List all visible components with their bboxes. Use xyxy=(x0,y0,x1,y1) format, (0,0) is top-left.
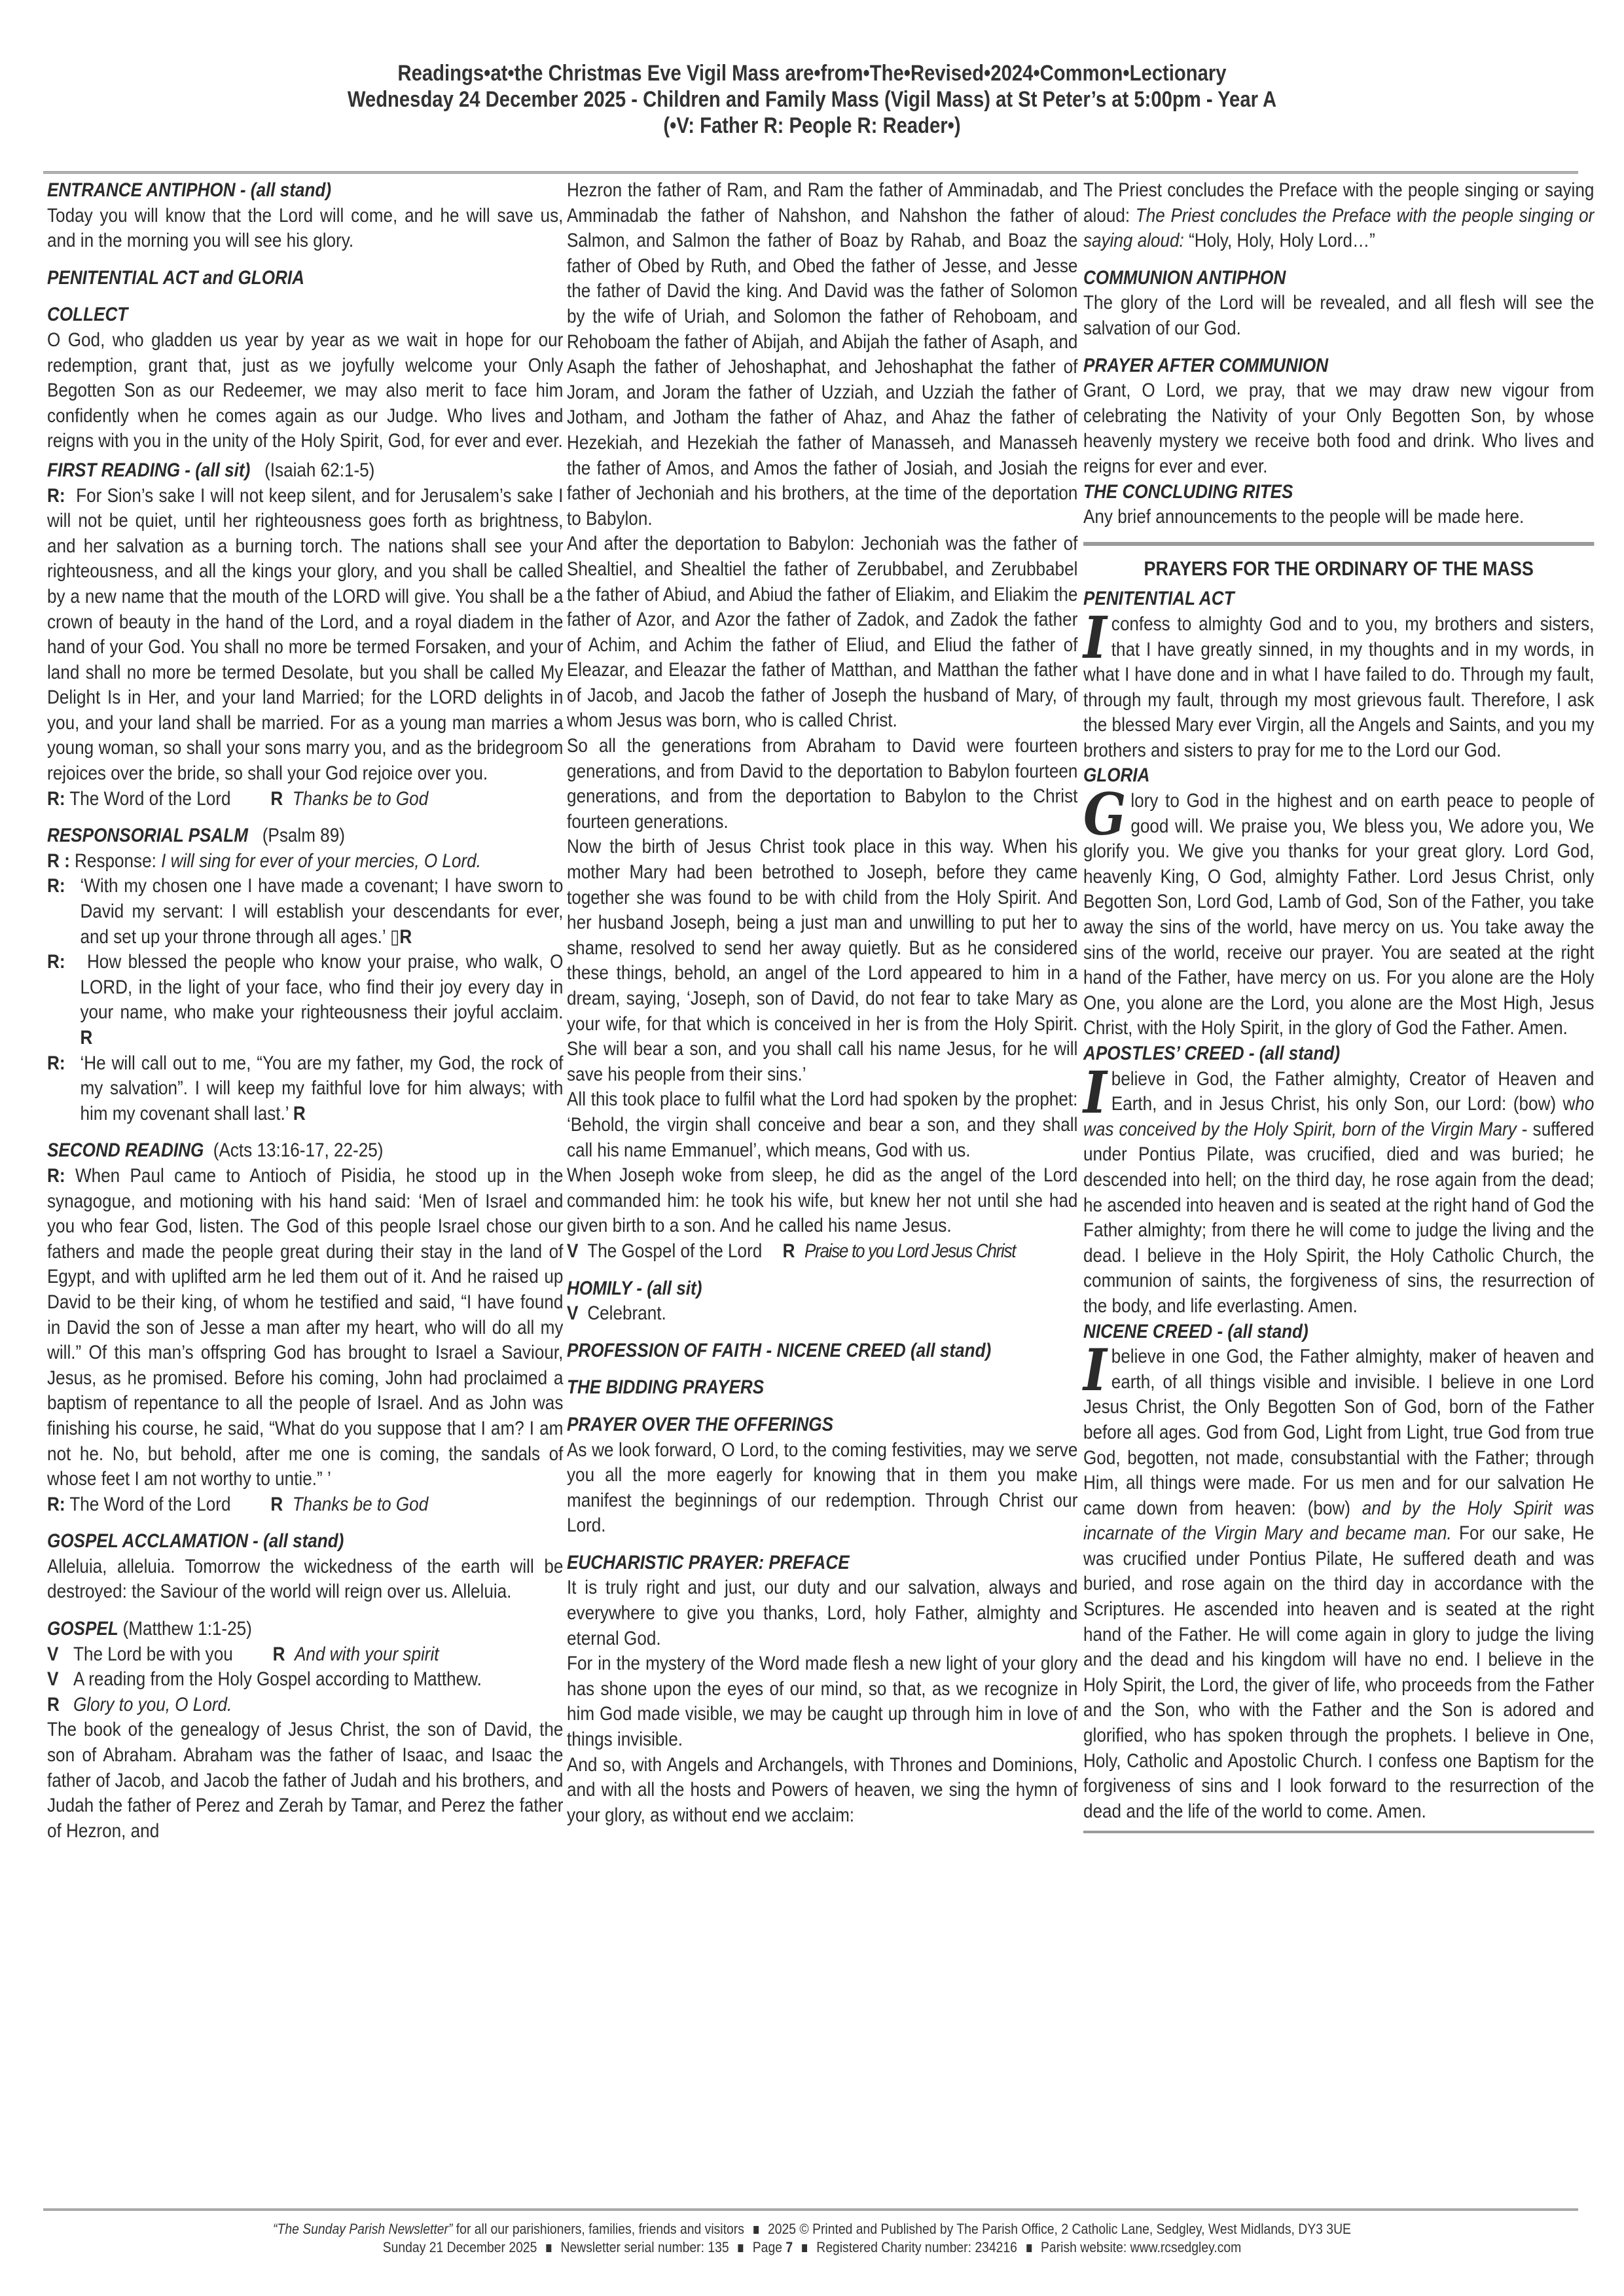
offerings-heading: PRAYER OVER THE OFFERINGS xyxy=(567,1412,1077,1438)
footer-line-1: “The Sunday Parish Newsletter” for all o… xyxy=(98,2220,1526,2238)
gospel-text-start: The book of the genealogy of Jesus Chris… xyxy=(47,1717,563,1844)
bullet-square-icon xyxy=(753,2226,759,2234)
gospel-close: VThe Gospel of the LordR Praise to you L… xyxy=(567,1239,1077,1265)
gospel-heading: GOSPEL (Matthew 1:1-25) xyxy=(47,1617,563,1642)
apostles-creed-text: Ibelieve in God, the Father almighty, Cr… xyxy=(1083,1067,1594,1319)
header-lectionary-line: Readings•at•the Christmas Eve Vigil Mass… xyxy=(114,60,1511,86)
psalm-heading: RESPONSORIAL PSALM (Psalm 89) xyxy=(47,823,563,849)
newsletter-title: “The Sunday Parish Newsletter” xyxy=(273,2221,452,2237)
concluding-rites-text: Any brief announcements to the people wi… xyxy=(1083,505,1594,530)
ordinary-divider xyxy=(1083,542,1594,546)
first-reading-ref: (Isaiah 62:1-5) xyxy=(264,459,374,481)
header-mass-date-line: Wednesday 24 December 2025 - Children an… xyxy=(114,86,1511,113)
bidding-prayers-heading: THE BIDDING PRAYERS xyxy=(567,1375,1077,1401)
header-legend-line: (•V: Father R: People R: Reader•) xyxy=(114,113,1511,139)
collect-text: O God, who gladden us year by year as we… xyxy=(47,328,563,454)
preface-paragraph: It is truly right and just, our duty and… xyxy=(567,1575,1077,1651)
gospel-paragraph: When Joseph woke from sleep, he did as t… xyxy=(567,1163,1077,1239)
first-reading-close: R: The Word of the LordR Thanks be to Go… xyxy=(47,787,563,812)
gospel-paragraph: Hezron the father of Ram, and Ram the fa… xyxy=(567,178,1077,531)
gospel-acclamation-heading: GOSPEL ACCLAMATION - (all stand) xyxy=(47,1529,563,1554)
psalm-ref: (Psalm 89) xyxy=(262,825,345,846)
preface-paragraph: And so, with Angels and Archangels, with… xyxy=(567,1753,1077,1829)
serial-number: Newsletter serial number: 135 xyxy=(561,2239,729,2255)
after-communion-text: Grant, O Lord, we pray, that we may draw… xyxy=(1083,378,1594,479)
entrance-antiphon-heading: ENTRANCE ANTIPHON - (all stand) xyxy=(47,178,563,204)
preface-paragraph: For in the mystery of the Word made fles… xyxy=(567,1651,1077,1752)
parish-website-link[interactable]: Parish website: www.rcsedgley.com xyxy=(1041,2239,1241,2255)
concluding-rites-heading: THE CONCLUDING RITES xyxy=(1083,480,1594,505)
first-reading-text: R: For Sion’s sake I will not keep silen… xyxy=(47,484,563,787)
homily-celebrant: VCelebrant. xyxy=(567,1301,1077,1327)
gospel-dialogue-1: VThe Lord be with youR And with your spi… xyxy=(47,1642,563,1668)
bullet-square-icon xyxy=(802,2244,807,2252)
middle-column: Hezron the father of Ram, and Ram the fa… xyxy=(567,178,1077,1828)
first-reading-heading: FIRST READING - (all sit) (Isaiah 62:1-5… xyxy=(47,458,563,484)
confiteor-text: Iconfess to almighty God and to you, my … xyxy=(1083,612,1594,764)
page-number: Page 7 xyxy=(753,2239,793,2255)
penitential-gloria-heading: PENITENTIAL ACT and GLORIA xyxy=(47,266,563,291)
communion-antiphon-text: The glory of the Lord will be revealed, … xyxy=(1083,291,1594,341)
collect-heading: COLLECT xyxy=(47,302,563,328)
gospel-dialogue-2: VA reading from the Holy Gospel accordin… xyxy=(47,1667,563,1693)
nicene-creed-text: Ibelieve in one God, the Father almighty… xyxy=(1083,1344,1594,1824)
ordinary-title: PRAYERS FOR THE ORDINARY OF THE MASS xyxy=(1083,556,1594,582)
penitential-act-heading: PENITENTIAL ACT xyxy=(1083,586,1594,612)
gospel-dialogue-3: RGlory to you, O Lord. xyxy=(47,1693,563,1718)
communion-antiphon-heading: COMMUNION ANTIPHON xyxy=(1083,266,1594,291)
homily-heading: HOMILY - (all sit) xyxy=(567,1276,1077,1302)
newsletter-date: Sunday 21 December 2025 xyxy=(383,2239,537,2255)
left-column: ENTRANCE ANTIPHON - (all stand) Today yo… xyxy=(47,178,563,1844)
profession-of-faith-heading: PROFESSION OF FAITH - NICENE CREED (all … xyxy=(567,1338,1077,1364)
second-reading-heading: SECOND READING (Acts 13:16-17, 22-25) xyxy=(47,1138,563,1164)
bullet-square-icon xyxy=(738,2244,744,2252)
preface-heading: EUCHARISTIC PRAYER: PREFACE xyxy=(567,1551,1077,1576)
psalm-verse: R:‘With my chosen one I have made a cove… xyxy=(47,874,563,950)
psalm-response: R : Response: I will sing for ever of yo… xyxy=(47,849,563,874)
nicene-creed-heading: NICENE CREED - (all stand) xyxy=(1083,1319,1594,1345)
second-reading-ref: (Acts 13:16-17, 22-25) xyxy=(213,1139,384,1161)
right-column: The Priest concludes the Preface with th… xyxy=(1083,178,1594,1844)
psalm-verse: R: How blessed the people who know your … xyxy=(47,950,563,1050)
psalm-verse: R:‘He will call out to me, “You are my f… xyxy=(47,1051,563,1127)
gospel-paragraph: Now the birth of Jesus Christ took place… xyxy=(567,834,1077,1087)
page-header: Readings•at•the Christmas Eve Vigil Mass… xyxy=(0,60,1624,139)
dropcap-i-icon: I xyxy=(1083,615,1107,660)
gospel-paragraph: So all the generations from Abraham to D… xyxy=(567,734,1077,834)
gospel-paragraph: All this took place to fulfil what the L… xyxy=(567,1087,1077,1163)
gloria-text: Glory to God in the highest and on earth… xyxy=(1083,789,1594,1041)
second-reading-text: R: When Paul came to Antioch of Pisidia,… xyxy=(47,1164,563,1492)
after-communion-heading: PRAYER AFTER COMMUNION xyxy=(1083,353,1594,379)
offerings-text: As we look forward, O Lord, to the comin… xyxy=(567,1438,1077,1539)
charity-number: Registered Charity number: 234216 xyxy=(816,2239,1017,2255)
footer-divider xyxy=(43,2208,1578,2211)
gospel-paragraph: And after the deportation to Babylon: Je… xyxy=(567,531,1077,734)
bullet-square-icon xyxy=(1026,2244,1032,2252)
gloria-heading: GLORIA xyxy=(1083,763,1594,789)
apostles-creed-heading: APOSTLES’ CREED - (all stand) xyxy=(1083,1041,1594,1067)
preface-conclusion: The Priest concludes the Preface with th… xyxy=(1083,178,1594,254)
dropcap-i-icon: I xyxy=(1083,1347,1107,1393)
gospel-ref: (Matthew 1:1-25) xyxy=(123,1618,252,1640)
creed-end-divider xyxy=(1083,1831,1594,1833)
footer-line-2: Sunday 21 December 2025Newsletter serial… xyxy=(98,2238,1526,2257)
bullet-square-icon xyxy=(547,2244,552,2252)
publisher-info: 2025 © Printed and Published by The Pari… xyxy=(768,2221,1351,2237)
entrance-antiphon-text: Today you will know that the Lord will c… xyxy=(47,204,563,254)
dropcap-i-icon: I xyxy=(1083,1069,1107,1115)
header-divider xyxy=(43,171,1578,173)
dropcap-g-icon: G xyxy=(1083,791,1126,837)
gospel-acclamation-text: Alleluia, alleluia. Tomorrow the wickedn… xyxy=(47,1554,563,1605)
second-reading-close: R: The Word of the LordR Thanks be to Go… xyxy=(47,1492,563,1518)
page-footer: “The Sunday Parish Newsletter” for all o… xyxy=(0,2220,1624,2257)
